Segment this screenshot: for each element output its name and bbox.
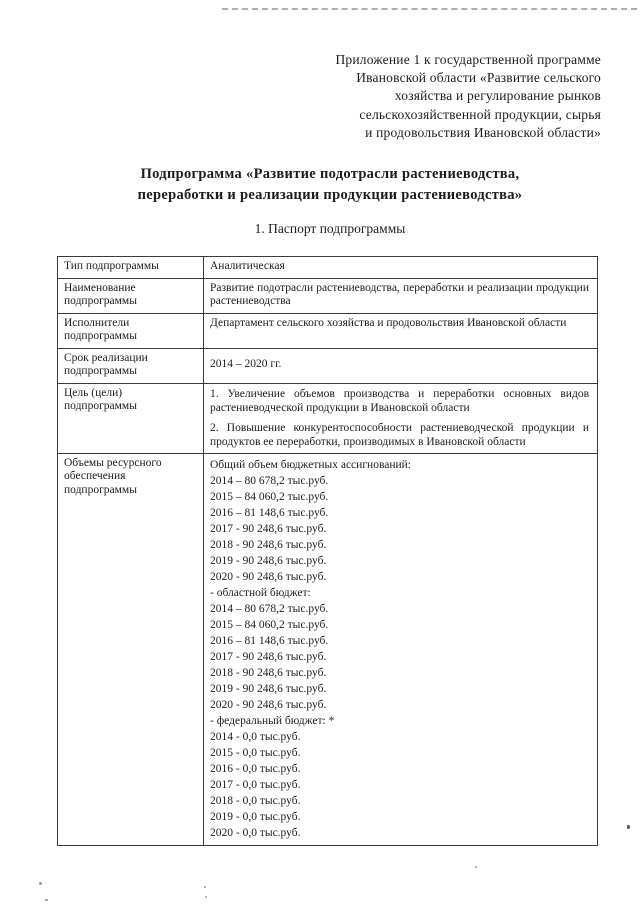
budget-line: 2014 – 80 678,2 тыс.руб. <box>210 601 589 617</box>
table-row-term: Срок реализации подпрограммы 2014 – 2020… <box>58 348 598 383</box>
table-row-budget: Объемы ресурсного обеспечения подпрограм… <box>58 453 598 845</box>
scan-speck <box>475 866 477 868</box>
budget-line: 2018 - 0,0 тыс.руб. <box>210 793 589 809</box>
goal-paragraph: 1. Увеличение объемов производства и пер… <box>210 387 589 415</box>
budget-line: 2019 - 90 248,6 тыс.руб. <box>210 553 589 569</box>
budget-line: 2017 - 90 248,6 тыс.руб. <box>210 649 589 665</box>
budget-line: 2019 - 0,0 тыс.руб. <box>210 809 589 825</box>
budget-line: 2015 – 84 060,2 тыс.руб. <box>210 489 589 505</box>
budget-line: 2020 - 90 248,6 тыс.руб. <box>210 697 589 713</box>
budget-line: 2016 – 81 148,6 тыс.руб. <box>210 633 589 649</box>
passport-table: Тип подпрограммы Аналитическая Наименова… <box>57 256 598 846</box>
appendix-header-line: Приложение 1 к государственной программе <box>181 51 601 69</box>
table-row-executors: Исполнители подпрограммы Департамент сел… <box>58 313 598 348</box>
budget-line: - областной бюджет: <box>210 585 589 601</box>
subprogram-title-line: Подпрограмма «Развитие подотрасли растен… <box>20 164 640 185</box>
row-value-goals: 1. Увеличение объемов производства и пер… <box>204 383 598 453</box>
goal-paragraph: 2. Повышение конкурентоспособности расте… <box>210 421 589 449</box>
row-label: Наименование подпрограммы <box>58 278 204 313</box>
table-row-name: Наименование подпрограммы Развитие подот… <box>58 278 598 313</box>
appendix-header-line: Ивановской области «Развитие сельского <box>181 69 601 87</box>
appendix-header-line: сельскохозяйственной продукции, сырья <box>181 106 601 124</box>
row-label: Тип подпрограммы <box>58 257 204 279</box>
budget-line: 2018 - 90 248,6 тыс.руб. <box>210 665 589 681</box>
budget-line: 2014 – 80 678,2 тыс.руб. <box>210 473 589 489</box>
scan-speck <box>204 886 206 888</box>
appendix-header: Приложение 1 к государственной программе… <box>181 51 601 142</box>
budget-line: 2020 - 90 248,6 тыс.руб. <box>210 569 589 585</box>
section-heading: 1. Паспорт подпрограммы <box>20 221 640 237</box>
table-row-type: Тип подпрограммы Аналитическая <box>58 257 598 279</box>
document-page: Приложение 1 к государственной программе… <box>0 0 640 905</box>
row-value: 2014 – 2020 гг. <box>204 348 598 383</box>
budget-line: 2018 - 90 248,6 тыс.руб. <box>210 537 589 553</box>
row-value: Развитие подотрасли растениеводства, пер… <box>204 278 598 313</box>
row-value: Департамент сельского хозяйства и продов… <box>204 313 598 348</box>
budget-line: 2020 - 0,0 тыс.руб. <box>210 825 589 841</box>
row-label: Исполнители подпрограммы <box>58 313 204 348</box>
row-label: Цель (цели) подпрограммы <box>58 383 204 453</box>
budget-line: 2015 – 84 060,2 тыс.руб. <box>210 617 589 633</box>
row-value: Аналитическая <box>204 257 598 279</box>
scan-speck <box>39 882 42 885</box>
scan-speck <box>45 899 48 901</box>
scan-speck <box>205 896 207 898</box>
budget-line: 2015 - 0,0 тыс.руб. <box>210 745 589 761</box>
budget-line: Общий объем бюджетных ассигнований: <box>210 457 589 473</box>
table-row-goals: Цель (цели) подпрограммы 1. Увеличение о… <box>58 383 598 453</box>
budget-line: 2016 – 81 148,6 тыс.руб. <box>210 505 589 521</box>
subprogram-title-line: переработки и реализации продукции расте… <box>20 185 640 206</box>
row-label: Срок реализации подпрограммы <box>58 348 204 383</box>
subprogram-title: Подпрограмма «Развитие подотрасли растен… <box>20 164 640 206</box>
budget-line: 2017 - 90 248,6 тыс.руб. <box>210 521 589 537</box>
row-label: Объемы ресурсного обеспечения подпрограм… <box>58 453 204 845</box>
budget-line: 2017 - 0,0 тыс.руб. <box>210 777 589 793</box>
appendix-header-line: хозяйства и регулирование рынков <box>181 87 601 105</box>
budget-line: 2014 - 0,0 тыс.руб. <box>210 729 589 745</box>
budget-line: 2016 - 0,0 тыс.руб. <box>210 761 589 777</box>
budget-line: 2019 - 90 248,6 тыс.руб. <box>210 681 589 697</box>
row-value-budget: Общий объем бюджетных ассигнований:2014 … <box>204 453 598 845</box>
budget-line: - федеральный бюджет: * <box>210 713 589 729</box>
scan-artifact-line <box>222 8 637 10</box>
scan-speck <box>627 825 630 829</box>
appendix-header-line: и продовольствия Ивановской области» <box>181 124 601 142</box>
